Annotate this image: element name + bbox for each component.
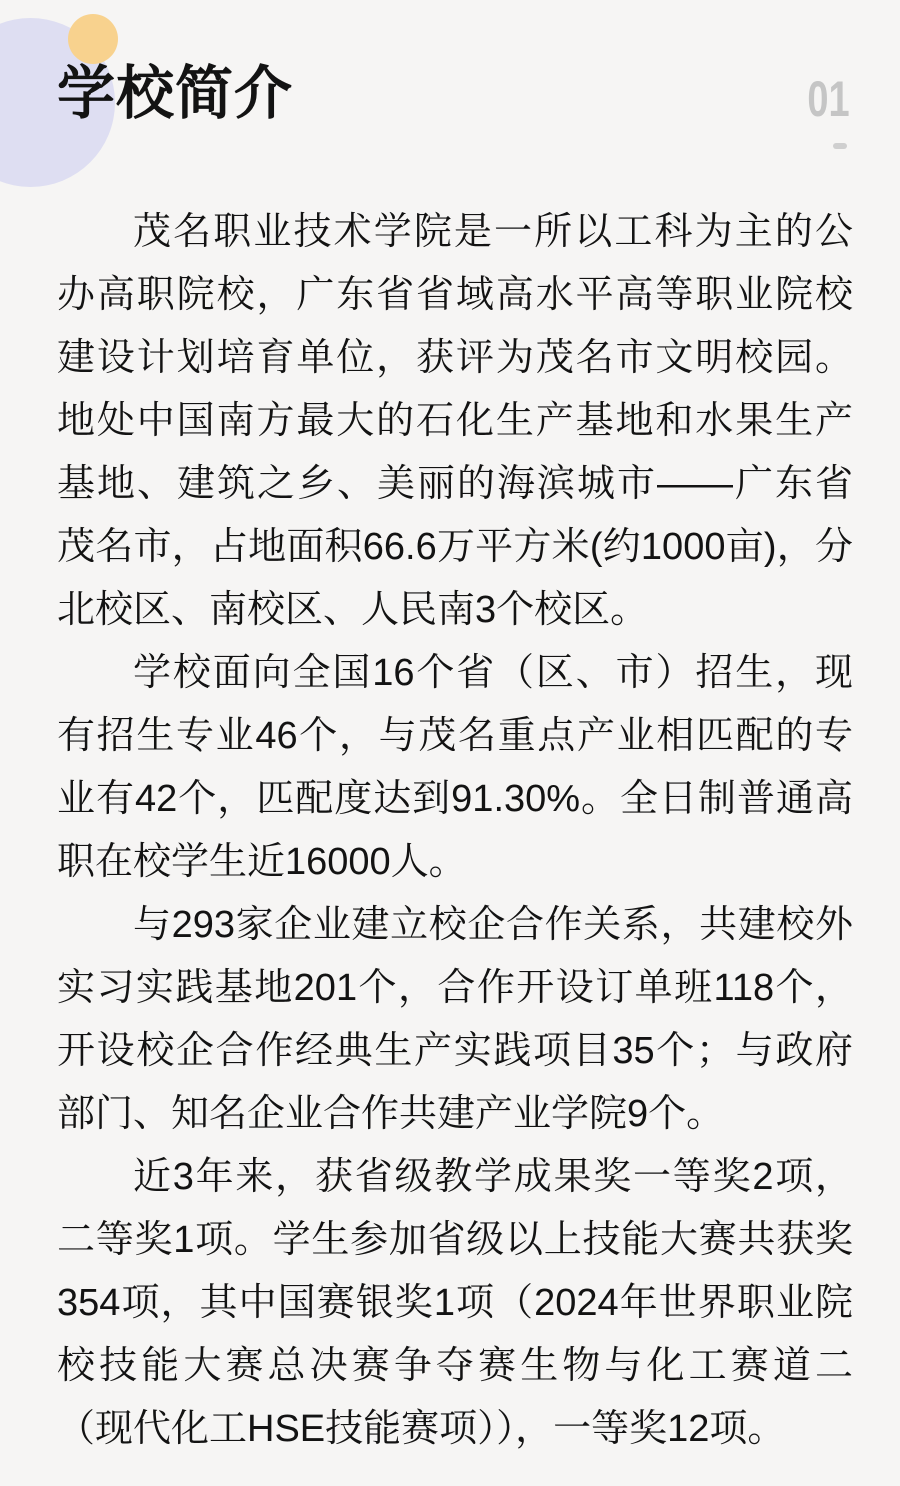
orange-circle-decor: [68, 14, 118, 64]
page-number: 01: [808, 74, 850, 124]
page-number-underline: [833, 143, 847, 149]
intro-content: 茂名职业技术学院是一所以工科为主的公办高职院校，广东省省域高水平高等职业院校建设…: [57, 201, 853, 1461]
intro-paragraph-awards: 近3年来，获省级教学成果奖一等奖2项，二等奖1项。学生参加省级以上技能大赛共获奖…: [57, 1146, 853, 1461]
intro-paragraph-cooperation: 与293家企业建立校企合作关系，共建校外实习实践基地201个，合作开设订单班11…: [57, 894, 853, 1146]
intro-paragraph-overview: 茂名职业技术学院是一所以工科为主的公办高职院校，广东省省域高水平高等职业院校建设…: [57, 201, 853, 642]
page-title: 学校简介: [57, 58, 293, 131]
intro-paragraph-enrollment: 学校面向全国16个省（区、市）招生，现有招生专业46个，与茂名重点产业相匹配的专…: [57, 642, 853, 894]
page: 学校简介 01 茂名职业技术学院是一所以工科为主的公办高职院校，广东省省域高水平…: [0, 0, 900, 1486]
